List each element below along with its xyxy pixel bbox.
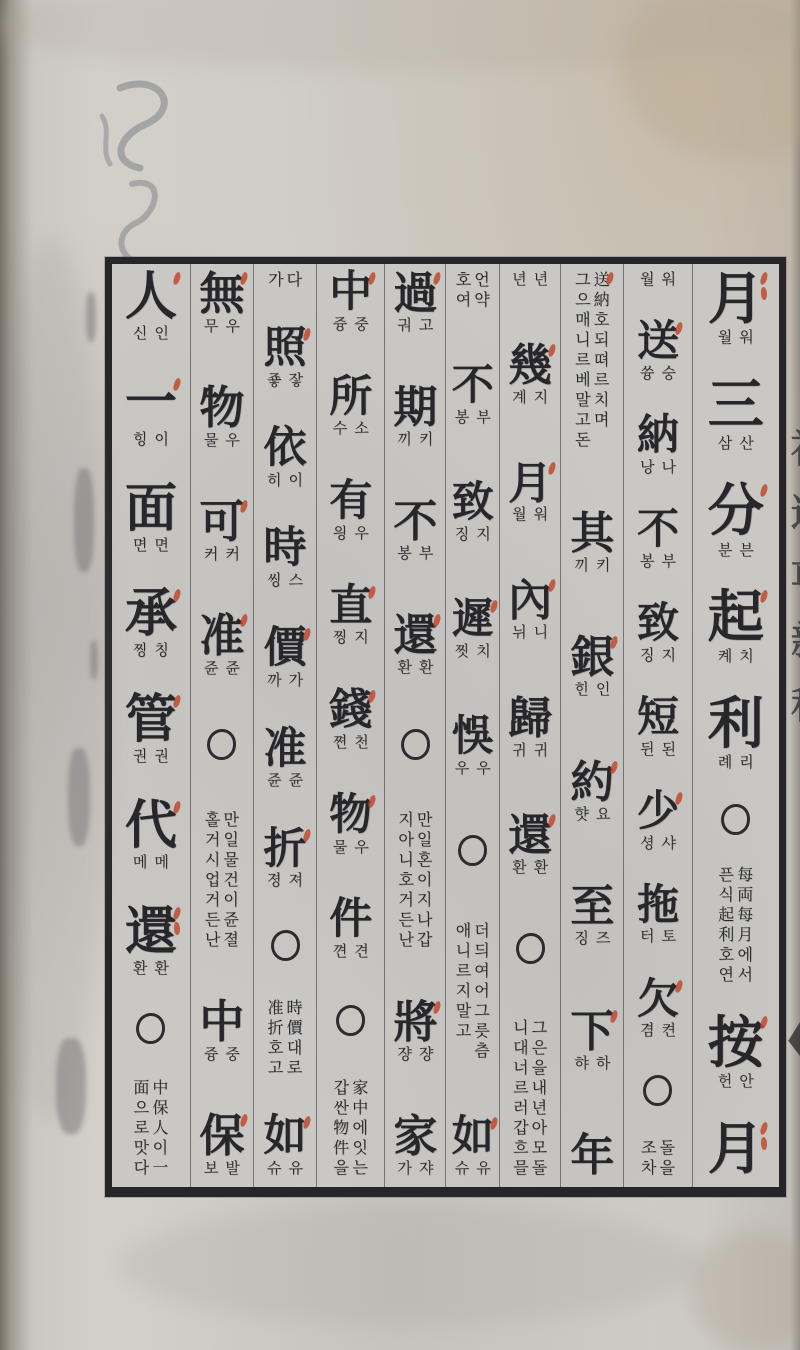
hanja-block: 銀힌인: [570, 635, 614, 700]
vernacular-note: 그으매니르베말고돈送納호되뗘르치며: [575, 271, 609, 451]
note-char: 그: [532, 1019, 547, 1039]
note-char: 홀: [205, 811, 220, 831]
gloss-pair: 환환: [393, 659, 437, 678]
gloss-right: 쥰: [225, 660, 240, 679]
gloss-right: 워: [739, 329, 754, 348]
text-columns: 月월워三삼산分분븐起켸치利례리픈식起利호연每両每月에서按헌안月월워送쓩숭納낭나不…: [112, 264, 779, 1187]
gloss-right: 커: [225, 546, 240, 565]
gloss-left: 히: [267, 472, 282, 491]
gloss-left: 끼: [574, 557, 589, 576]
gloss-pair: 귀귀: [508, 742, 552, 761]
gloss-pair: 슈유: [264, 1160, 307, 1179]
note-right-subcolumn: 그은을내년아모돌: [532, 1019, 547, 1179]
hanja-char: 月: [508, 461, 552, 507]
gloss-left: 햐: [574, 1055, 589, 1074]
note-char: 니: [456, 942, 471, 962]
gloss-right: 칭: [154, 642, 169, 661]
text-column: 가다照죻잫依히이時씽스價까가准쥰쥰折졍져准折호고時價대로如슈유: [253, 264, 316, 1187]
hanja-block: 錢쪈천: [329, 689, 372, 753]
note-char: 치: [594, 391, 609, 411]
hanja-block: 中즁중: [329, 271, 372, 335]
hanja-block: 致징지: [452, 482, 494, 545]
note-char: 호: [456, 271, 471, 291]
note-left-subcolumn: 호여: [456, 271, 471, 311]
note-char: 니: [398, 851, 413, 871]
circle-separator: [458, 833, 487, 868]
gloss-left: 슈: [455, 1160, 470, 1179]
hanja-block: 代메메: [125, 800, 177, 873]
gloss-right: 우: [354, 839, 369, 858]
hanja-char: 悞: [452, 716, 494, 760]
note-char: 약: [474, 291, 489, 311]
gloss-pair: 쓩숭: [637, 365, 679, 384]
hanja-block: 月월워: [508, 461, 552, 526]
note-char: 面: [133, 1079, 149, 1099]
gloss-left: 찡: [333, 629, 348, 648]
gloss-pair: 면면: [125, 537, 177, 556]
note-char: 그: [474, 1002, 489, 1022]
hanja-char: 至: [570, 884, 614, 930]
hanja-block: 約햣요: [570, 760, 614, 825]
margin-smudge: [56, 1038, 86, 1134]
gloss-pair: 징지: [452, 526, 494, 545]
facing-page-partial-char: 尊: [791, 546, 800, 610]
note-char: 中: [352, 1099, 368, 1119]
gloss-right: 발: [225, 1160, 240, 1179]
gloss-pair: 물우: [199, 432, 244, 451]
hanja-char: 不: [393, 499, 437, 545]
gloss-right: 븐: [739, 542, 754, 561]
gloss-left: 읭: [333, 525, 348, 544]
gloss-pair: 껸견: [329, 943, 372, 962]
gloss-pair: 찟치: [452, 643, 494, 662]
gloss-left: 궈: [397, 317, 412, 336]
gloss-pair: 끼키: [393, 431, 437, 450]
gloss-right: 유: [476, 1160, 491, 1179]
note-char: 人: [152, 1119, 168, 1139]
note-char: 아: [398, 831, 413, 851]
gloss-left: 힝: [133, 431, 148, 450]
hanja-char: 其: [570, 511, 614, 557]
circle-separator: [401, 727, 430, 762]
note-char: 더: [474, 922, 489, 942]
vernacular-note: 니대너르러갑흐믈그은을내년아모돌: [513, 1019, 547, 1179]
note-char: 건: [223, 871, 238, 891]
circle-glyph: [271, 930, 300, 961]
circle-glyph: [136, 1013, 165, 1044]
gloss-pair: 월워: [640, 271, 676, 290]
gloss-left: 커: [204, 546, 219, 565]
gloss-left: 껸: [333, 943, 348, 962]
hanja-char: 如: [264, 1115, 307, 1160]
note-char: 갑: [513, 1119, 528, 1139]
note-char: 애: [456, 922, 471, 942]
hanja-char: 少: [637, 791, 679, 835]
gloss-pair: 삼산: [708, 435, 764, 454]
note-char: 여: [474, 962, 489, 982]
gloss-pair: 겸켠: [637, 1022, 679, 1041]
hanja-char: 還: [508, 813, 552, 859]
note-char: 지: [417, 891, 432, 911]
gloss-pair: 쥰쥰: [264, 772, 307, 791]
gloss-right: 년: [534, 271, 549, 290]
note-char: 月: [737, 926, 753, 946]
note-left-subcolumn: 조차: [641, 1139, 656, 1179]
hanja-block: 期끼키: [393, 385, 437, 450]
gloss-pair: 월워: [708, 329, 764, 348]
note-char: 로: [287, 1059, 302, 1079]
note-char: 納: [594, 291, 610, 311]
gloss-right: 면: [154, 537, 169, 556]
hanja-block: 時씽스: [264, 527, 307, 591]
note-char: 을: [333, 1159, 348, 1179]
note-char: 모: [532, 1139, 547, 1159]
gloss-right: 우: [225, 318, 240, 337]
gloss-pair: 졍져: [264, 872, 307, 891]
hanja-char: 折: [264, 828, 307, 873]
gloss-pair: 뒨된: [637, 741, 679, 760]
gloss-right: 져: [289, 872, 304, 891]
note-char: 돈: [575, 431, 590, 451]
circle-glyph: [336, 1005, 365, 1036]
text-column: 月월워三삼산分분븐起켸치利례리픈식起利호연每両每月에서按헌안月: [692, 264, 779, 1187]
hanja-char: 遲: [452, 599, 494, 643]
gloss-right: 쟈: [419, 1160, 434, 1179]
note-char: 고: [456, 1022, 471, 1042]
hanja-block: 月월워: [708, 271, 764, 348]
gloss-left: 년: [512, 271, 527, 290]
note-char: 잇: [352, 1139, 367, 1159]
hanja-block: 過궈고: [393, 271, 437, 336]
gloss-right: 우: [225, 432, 240, 451]
circle-separator: [271, 928, 300, 963]
hanja-char: 三: [708, 377, 764, 435]
hanja-block: 三삼산: [708, 377, 764, 454]
note-char: 돌: [659, 1139, 674, 1159]
gloss-left: 터: [640, 928, 655, 947]
gloss-pair: 봉부: [393, 545, 437, 564]
hanja-block: 如슈유: [452, 1116, 494, 1179]
wrapped-gloss-pair: 년년: [512, 271, 548, 290]
gloss-left: 월: [718, 329, 733, 348]
gloss-pair: 궈고: [393, 317, 437, 336]
hanja-char: 物: [199, 385, 244, 432]
hanja-block: 不봉부: [637, 509, 679, 572]
gloss-left: 징: [574, 930, 589, 949]
hanja-block: 悞우우: [452, 716, 494, 779]
note-char: 이: [417, 871, 432, 891]
note-left-subcolumn: 애니르지말고: [456, 922, 471, 1062]
gloss-pair: 힝이: [125, 431, 177, 450]
hanja-block: 保보발: [199, 1113, 244, 1179]
note-char: 업: [205, 871, 220, 891]
margin-smudge: [68, 748, 90, 846]
hanja-block: 送쓩숭: [637, 321, 679, 384]
note-char: 뗘: [594, 351, 609, 371]
hanja-char: 月: [708, 1121, 764, 1179]
gloss-pair: 쟝쟝: [393, 1046, 437, 1065]
note-char: 듸: [474, 942, 489, 962]
vernacular-note: 홀거시업거든난만일물건이쥰졀: [205, 811, 239, 951]
note-char: 졀: [223, 931, 238, 951]
gloss-right: 소: [354, 420, 369, 439]
gloss-right: 가: [289, 672, 304, 691]
hanja-block: 按헌안: [708, 1015, 764, 1092]
note-char: 되: [594, 331, 609, 351]
vernacular-note: 갑싼物件을家中에잇는: [333, 1079, 368, 1179]
note-char: 거: [205, 831, 220, 851]
text-column: 過궈고期끼키不봉부還환환지아니호거든난만일혼이지나갑將쟝쟝家가쟈: [384, 264, 445, 1187]
hanja-char: 保: [199, 1113, 244, 1160]
note-char: 고: [575, 411, 590, 431]
gloss-pair: 례리: [708, 754, 764, 773]
vernacular-note: 지아니호거든난만일혼이지나갑: [398, 811, 432, 951]
gloss-left: 삼: [718, 435, 733, 454]
gloss-right: 천: [354, 734, 369, 753]
note-char: 갑: [333, 1079, 348, 1099]
gloss-left: 슈: [267, 1160, 282, 1179]
note-char: 흐: [513, 1139, 528, 1159]
hanja-block: 分분븐: [708, 483, 764, 560]
gloss-right: 리: [739, 754, 754, 773]
gloss-right: 즈: [596, 930, 611, 949]
gloss-left: 쪈: [333, 734, 348, 753]
note-char: 일: [417, 831, 432, 851]
hanja-char: 有: [329, 480, 372, 525]
hanja-char: 月: [708, 271, 764, 329]
hanja-char: 家: [393, 1114, 437, 1160]
note-right-subcolumn: 다: [287, 271, 302, 291]
gloss-right: 환: [534, 859, 549, 878]
note-char: 나: [417, 911, 432, 931]
vernacular-note: 호여언약: [456, 271, 490, 311]
gloss-right: 스: [289, 572, 304, 591]
hanja-block: 價까가: [264, 627, 307, 691]
note-char: 고: [268, 1059, 283, 1079]
note-char: 으: [134, 1099, 149, 1119]
hanja-block: 件껸견: [329, 898, 372, 962]
hanja-block: 無무우: [199, 271, 244, 337]
gloss-pair: 셩샤: [637, 835, 679, 854]
gloss-right: 산: [739, 435, 754, 454]
note-char: 物: [333, 1119, 349, 1139]
hanja-block: 直찡지: [329, 585, 372, 649]
gloss-pair: 징즈: [570, 930, 614, 949]
note-char: 대: [513, 1039, 528, 1059]
paper-stain: [0, 0, 800, 70]
hanja-char: 年: [570, 1133, 614, 1179]
note-char: 利: [718, 926, 734, 946]
note-char: 만: [223, 811, 238, 831]
hanja-block: 歸귀귀: [508, 696, 552, 761]
hanja-char: 利: [708, 696, 764, 754]
note-char: 로: [134, 1119, 149, 1139]
hanja-block: 可커커: [199, 499, 244, 565]
gloss-left: 면: [133, 537, 148, 556]
note-char: 은: [532, 1039, 547, 1059]
hanja-char: 銀: [570, 635, 614, 681]
circle-glyph: [207, 729, 236, 760]
circle-separator: [643, 1073, 672, 1108]
gloss-pair: 햣요: [570, 806, 614, 825]
hanja-block: 短뒨된: [637, 697, 679, 760]
hanja-char: 中: [329, 271, 372, 316]
note-left-subcolumn: 홀거시업거든난: [205, 811, 220, 951]
hanja-char: 短: [637, 697, 679, 741]
hanja-char: 直: [329, 585, 372, 630]
note-char: 르: [594, 371, 609, 391]
gloss-left: 물: [204, 432, 219, 451]
circle-glyph: [458, 835, 487, 866]
gloss-left: 례: [718, 754, 733, 773]
gloss-right: 메: [154, 854, 169, 873]
hanja-block: 一힝이: [125, 377, 177, 450]
note-char: 어: [474, 982, 489, 1002]
vernacular-note: 准折호고時價대로: [268, 999, 303, 1079]
gloss-left: 환: [133, 960, 148, 979]
gloss-left: 봉: [397, 545, 412, 564]
gloss-left: 까: [267, 672, 282, 691]
hanja-char: 人: [125, 271, 177, 325]
note-char: 다: [287, 271, 302, 291]
hanja-block: 還환환: [393, 613, 437, 678]
note-right-subcolumn: 더듸여어그릇츰: [474, 922, 489, 1062]
paper-stain: [620, 0, 800, 160]
note-left-subcolumn: 그으매니르베말고돈: [575, 271, 590, 451]
gloss-right: 토: [661, 928, 676, 947]
hanja-block: 少셩샤: [637, 791, 679, 854]
note-char: 保: [152, 1099, 168, 1119]
gloss-pair: 읭우: [329, 525, 372, 544]
note-right-subcolumn: 時價대로: [287, 999, 303, 1079]
gloss-left: 수: [333, 420, 348, 439]
note-char: 을: [659, 1159, 674, 1179]
hanja-block: 欠겸켠: [637, 979, 679, 1042]
margin-smudge: [86, 292, 96, 342]
hanja-char: 代: [125, 800, 177, 854]
gloss-right: 안: [739, 1073, 754, 1092]
note-char: 니: [575, 331, 590, 351]
hanja-block: 年: [570, 1133, 614, 1179]
hanja-char: 錢: [329, 689, 372, 734]
vernacular-note: 애니르지말고더듸여어그릇츰: [456, 922, 490, 1062]
note-left-subcolumn: 갑싼物件을: [333, 1079, 349, 1179]
gloss-left: 끼: [397, 431, 412, 450]
note-right-subcolumn: 送納호되뗘르치며: [594, 271, 610, 451]
gloss-right: 이: [289, 472, 304, 491]
hanja-block: 納낭나: [637, 415, 679, 478]
gloss-pair: 권권: [125, 748, 177, 767]
note-char: 니: [513, 1019, 528, 1039]
hanja-block: 至징즈: [570, 884, 614, 949]
note-char: 호: [719, 946, 734, 966]
note-char: 一: [152, 1159, 168, 1179]
gloss-pair: 까가: [264, 672, 307, 691]
gloss-pair: 가쟈: [393, 1160, 437, 1179]
gloss-pair: 햐하: [570, 1055, 614, 1074]
gloss-pair: 즁중: [329, 316, 372, 335]
hanja-char: 送: [637, 321, 679, 365]
gloss-right: 부: [476, 409, 491, 428]
gloss-right: 치: [476, 643, 491, 662]
note-char: 난: [205, 931, 220, 951]
note-char: 너: [513, 1059, 528, 1079]
note-char: 연: [719, 966, 734, 986]
gloss-left: 셩: [640, 835, 655, 854]
hanja-block: 月: [708, 1121, 764, 1179]
gloss-right: 이: [154, 431, 169, 450]
gloss-right: 유: [289, 1160, 304, 1179]
binding-shadow: [0, 0, 34, 1350]
gloss-pair: 찡지: [329, 629, 372, 648]
hanja-block: 有읭우: [329, 480, 372, 544]
gloss-right: 쟝: [419, 1046, 434, 1065]
hanja-char: 將: [393, 1000, 437, 1046]
circle-separator: [136, 1011, 165, 1046]
note-right-subcolumn: 언약: [474, 271, 489, 311]
vernacular-note: 面으로맛다中保人이一: [133, 1079, 168, 1179]
gloss-left: 즁: [204, 1046, 219, 1065]
circle-separator: [516, 931, 545, 966]
hanja-block: 依히이: [264, 427, 307, 491]
note-char: 는: [352, 1159, 367, 1179]
gloss-pair: 우우: [452, 760, 494, 779]
hanja-block: 准쥰쥰: [199, 613, 244, 679]
gloss-pair: 히이: [264, 472, 307, 491]
gloss-right: 중: [225, 1046, 240, 1065]
gloss-right: 고: [419, 317, 434, 336]
hanja-char: 准: [264, 728, 307, 773]
gloss-right: 환: [154, 960, 169, 979]
note-char: 며: [594, 411, 609, 431]
vernacular-note: 가다: [268, 271, 302, 291]
hanja-char: 按: [708, 1015, 764, 1073]
wrapped-gloss-pair: 월워: [640, 271, 676, 290]
note-char: 돌: [532, 1159, 547, 1179]
text-column: 中즁중所수소有읭우直찡지錢쪈천物물우件껸견갑싼物件을家中에잇는: [316, 264, 384, 1187]
gloss-right: 켠: [661, 1022, 676, 1041]
hanja-char: 可: [199, 499, 244, 546]
gloss-pair: 월워: [508, 506, 552, 525]
gloss-pair: 헌안: [708, 1073, 764, 1092]
hanja-block: 管권권: [125, 694, 177, 767]
note-char: 차: [641, 1159, 656, 1179]
note-char: 일: [223, 831, 238, 851]
hanja-block: 內뉘니: [508, 578, 552, 643]
gloss-left: 환: [512, 859, 527, 878]
gloss-left: 쟝: [397, 1046, 412, 1065]
gloss-left: 징: [455, 526, 470, 545]
gloss-right: 인: [596, 681, 611, 700]
gloss-left: 무: [204, 318, 219, 337]
note-char: 식: [719, 886, 734, 906]
gloss-right: 부: [661, 553, 676, 572]
text-column: 人신인一힝이面면면承찡칭管권권代메메還환환面으로맛다中保人이一: [112, 264, 190, 1187]
note-char: 맛: [134, 1139, 149, 1159]
hanja-char: 價: [264, 627, 307, 672]
hanja-block: 准쥰쥰: [264, 728, 307, 792]
note-char: 물: [223, 851, 238, 871]
gloss-pair: 무우: [199, 318, 244, 337]
hanja-block: 下햐하: [570, 1009, 614, 1074]
note-left-subcolumn: 지아니호거든난: [398, 811, 413, 951]
note-char: 호: [398, 871, 413, 891]
gloss-pair: 물우: [329, 839, 372, 858]
note-char: 르: [575, 351, 590, 371]
note-char: 每: [737, 906, 753, 926]
note-char: 호: [268, 1039, 283, 1059]
note-char: 믈: [513, 1159, 528, 1179]
